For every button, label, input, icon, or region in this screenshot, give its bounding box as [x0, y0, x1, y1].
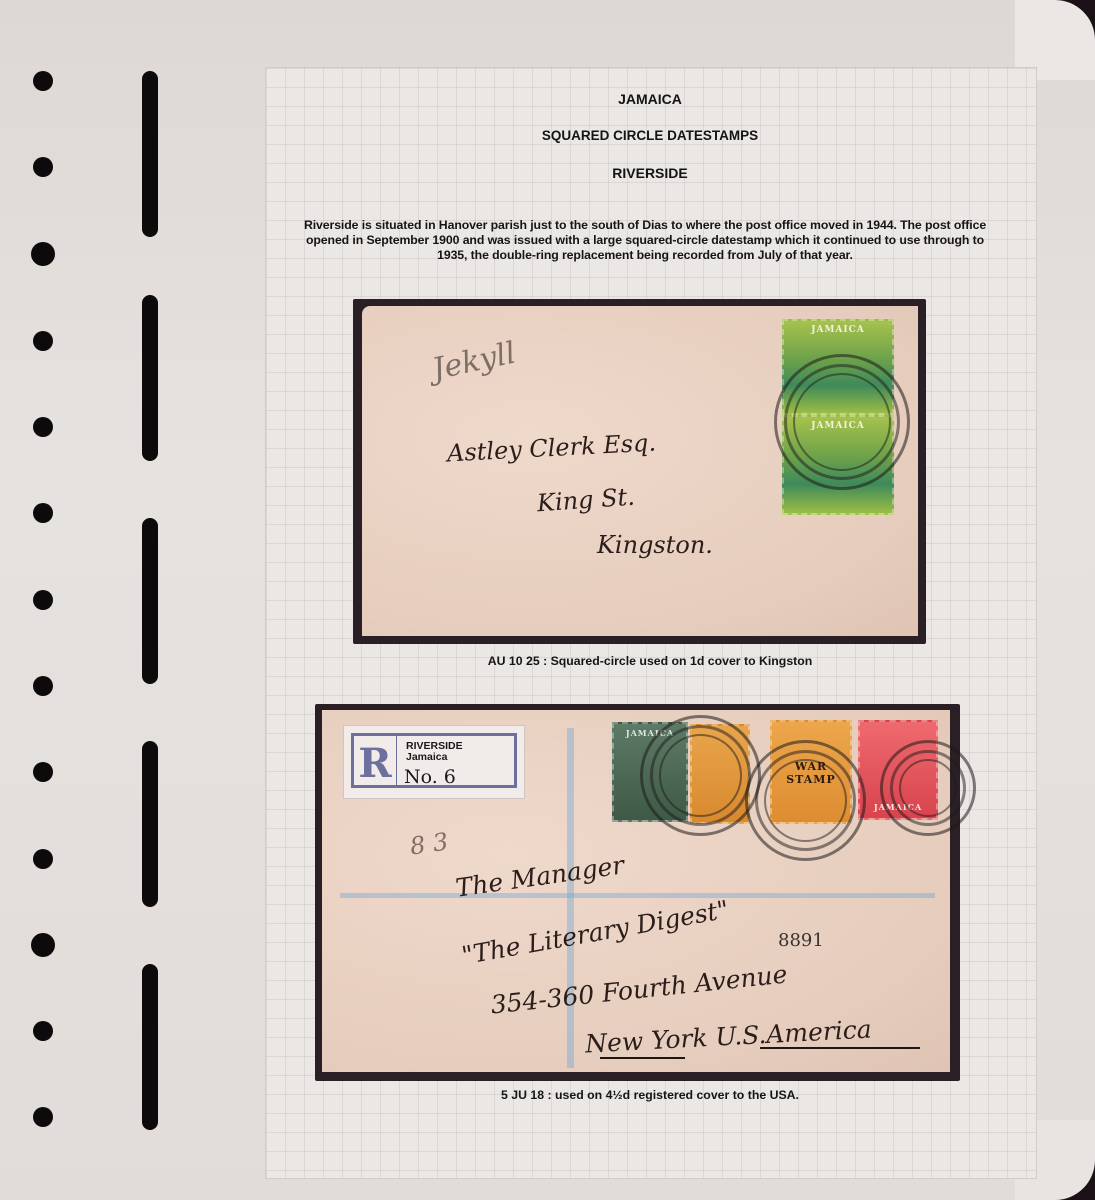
binder-hole — [33, 849, 53, 869]
binder-hole — [33, 1107, 53, 1127]
binder-hole — [33, 71, 53, 91]
binder-hole — [33, 157, 53, 177]
squared-circle-postmark — [640, 715, 761, 836]
binder-hole — [33, 1021, 53, 1041]
registration-town: RIVERSIDE Jamaica — [406, 741, 463, 763]
address-line: King St. — [536, 483, 635, 518]
address-line: Astley Clerk Esq. — [446, 429, 656, 468]
registration-letter: R — [354, 736, 397, 785]
blue-crayon-line — [567, 728, 574, 1068]
binder-hole — [31, 242, 55, 266]
binder-slot — [142, 295, 158, 461]
page-title: JAMAICA — [265, 91, 1035, 107]
squared-circle-postmark — [774, 354, 910, 490]
binder-hole — [33, 762, 53, 782]
album-page: JAMAICA SQUARED CIRCLE DATESTAMPS RIVERS… — [0, 0, 1095, 1200]
intro-paragraph: Riverside is situated in Hanover parish … — [300, 218, 990, 263]
binder-hole — [33, 417, 53, 437]
binder-slot — [142, 518, 158, 684]
registration-label: R RIVERSIDE Jamaica No. 6 — [343, 725, 525, 799]
section-title: RIVERSIDE — [265, 165, 1035, 181]
page-corner-bottom-right — [1055, 1160, 1095, 1200]
address-underline — [760, 1047, 920, 1049]
cover-kingston: Jekyll Astley Clerk Esq. King St. Kingst… — [362, 306, 918, 636]
registration-number-label: No. 6 — [404, 766, 456, 788]
page-corner-top-right — [1055, 0, 1095, 40]
binder-slot — [142, 741, 158, 907]
binder-hole — [33, 503, 53, 523]
binder-slot — [142, 964, 158, 1130]
binder-slot — [142, 71, 158, 237]
binder-hole — [33, 331, 53, 351]
squared-circle-postmark — [880, 740, 976, 836]
binder-hole — [33, 590, 53, 610]
address-line: Kingston. — [597, 531, 713, 559]
pencil-note: Jekyll — [429, 336, 519, 388]
blue-crayon-line — [340, 893, 935, 898]
binder-hole — [31, 933, 55, 957]
squared-circle-postmark — [745, 740, 866, 861]
pencil-note: 8 3 — [408, 827, 450, 860]
cover-caption-2: 5 JU 18 : used on 4½d registered cover t… — [265, 1088, 1035, 1102]
registration-number: 8891 — [778, 930, 824, 951]
page-subtitle: SQUARED CIRCLE DATESTAMPS — [265, 128, 1035, 143]
cover-caption-1: AU 10 25 : Squared-circle used on 1d cov… — [265, 654, 1035, 668]
address-underline — [600, 1057, 685, 1059]
binder-hole — [33, 676, 53, 696]
